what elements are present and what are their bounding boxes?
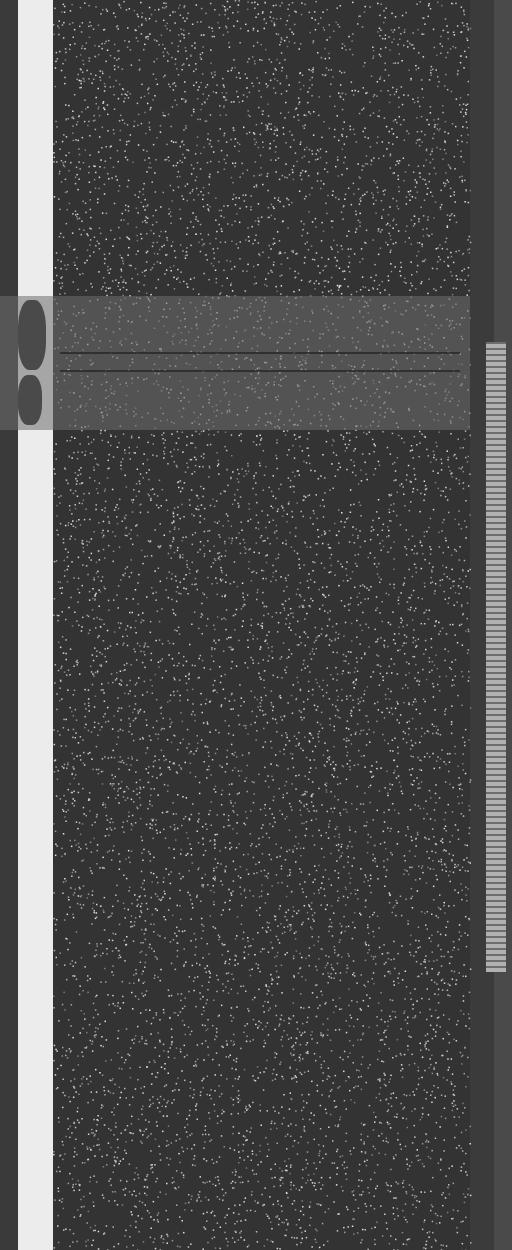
pavement-crack: [60, 352, 460, 354]
patched-pavement-band: [0, 296, 470, 430]
asphalt-grain: [0, 0, 512, 1250]
road-aerial-image: [0, 0, 512, 1250]
edge-line-wear: [18, 375, 42, 425]
pavement-crack: [60, 370, 460, 372]
edge-line-wear: [18, 300, 46, 370]
textured-white-strip: [486, 342, 506, 972]
